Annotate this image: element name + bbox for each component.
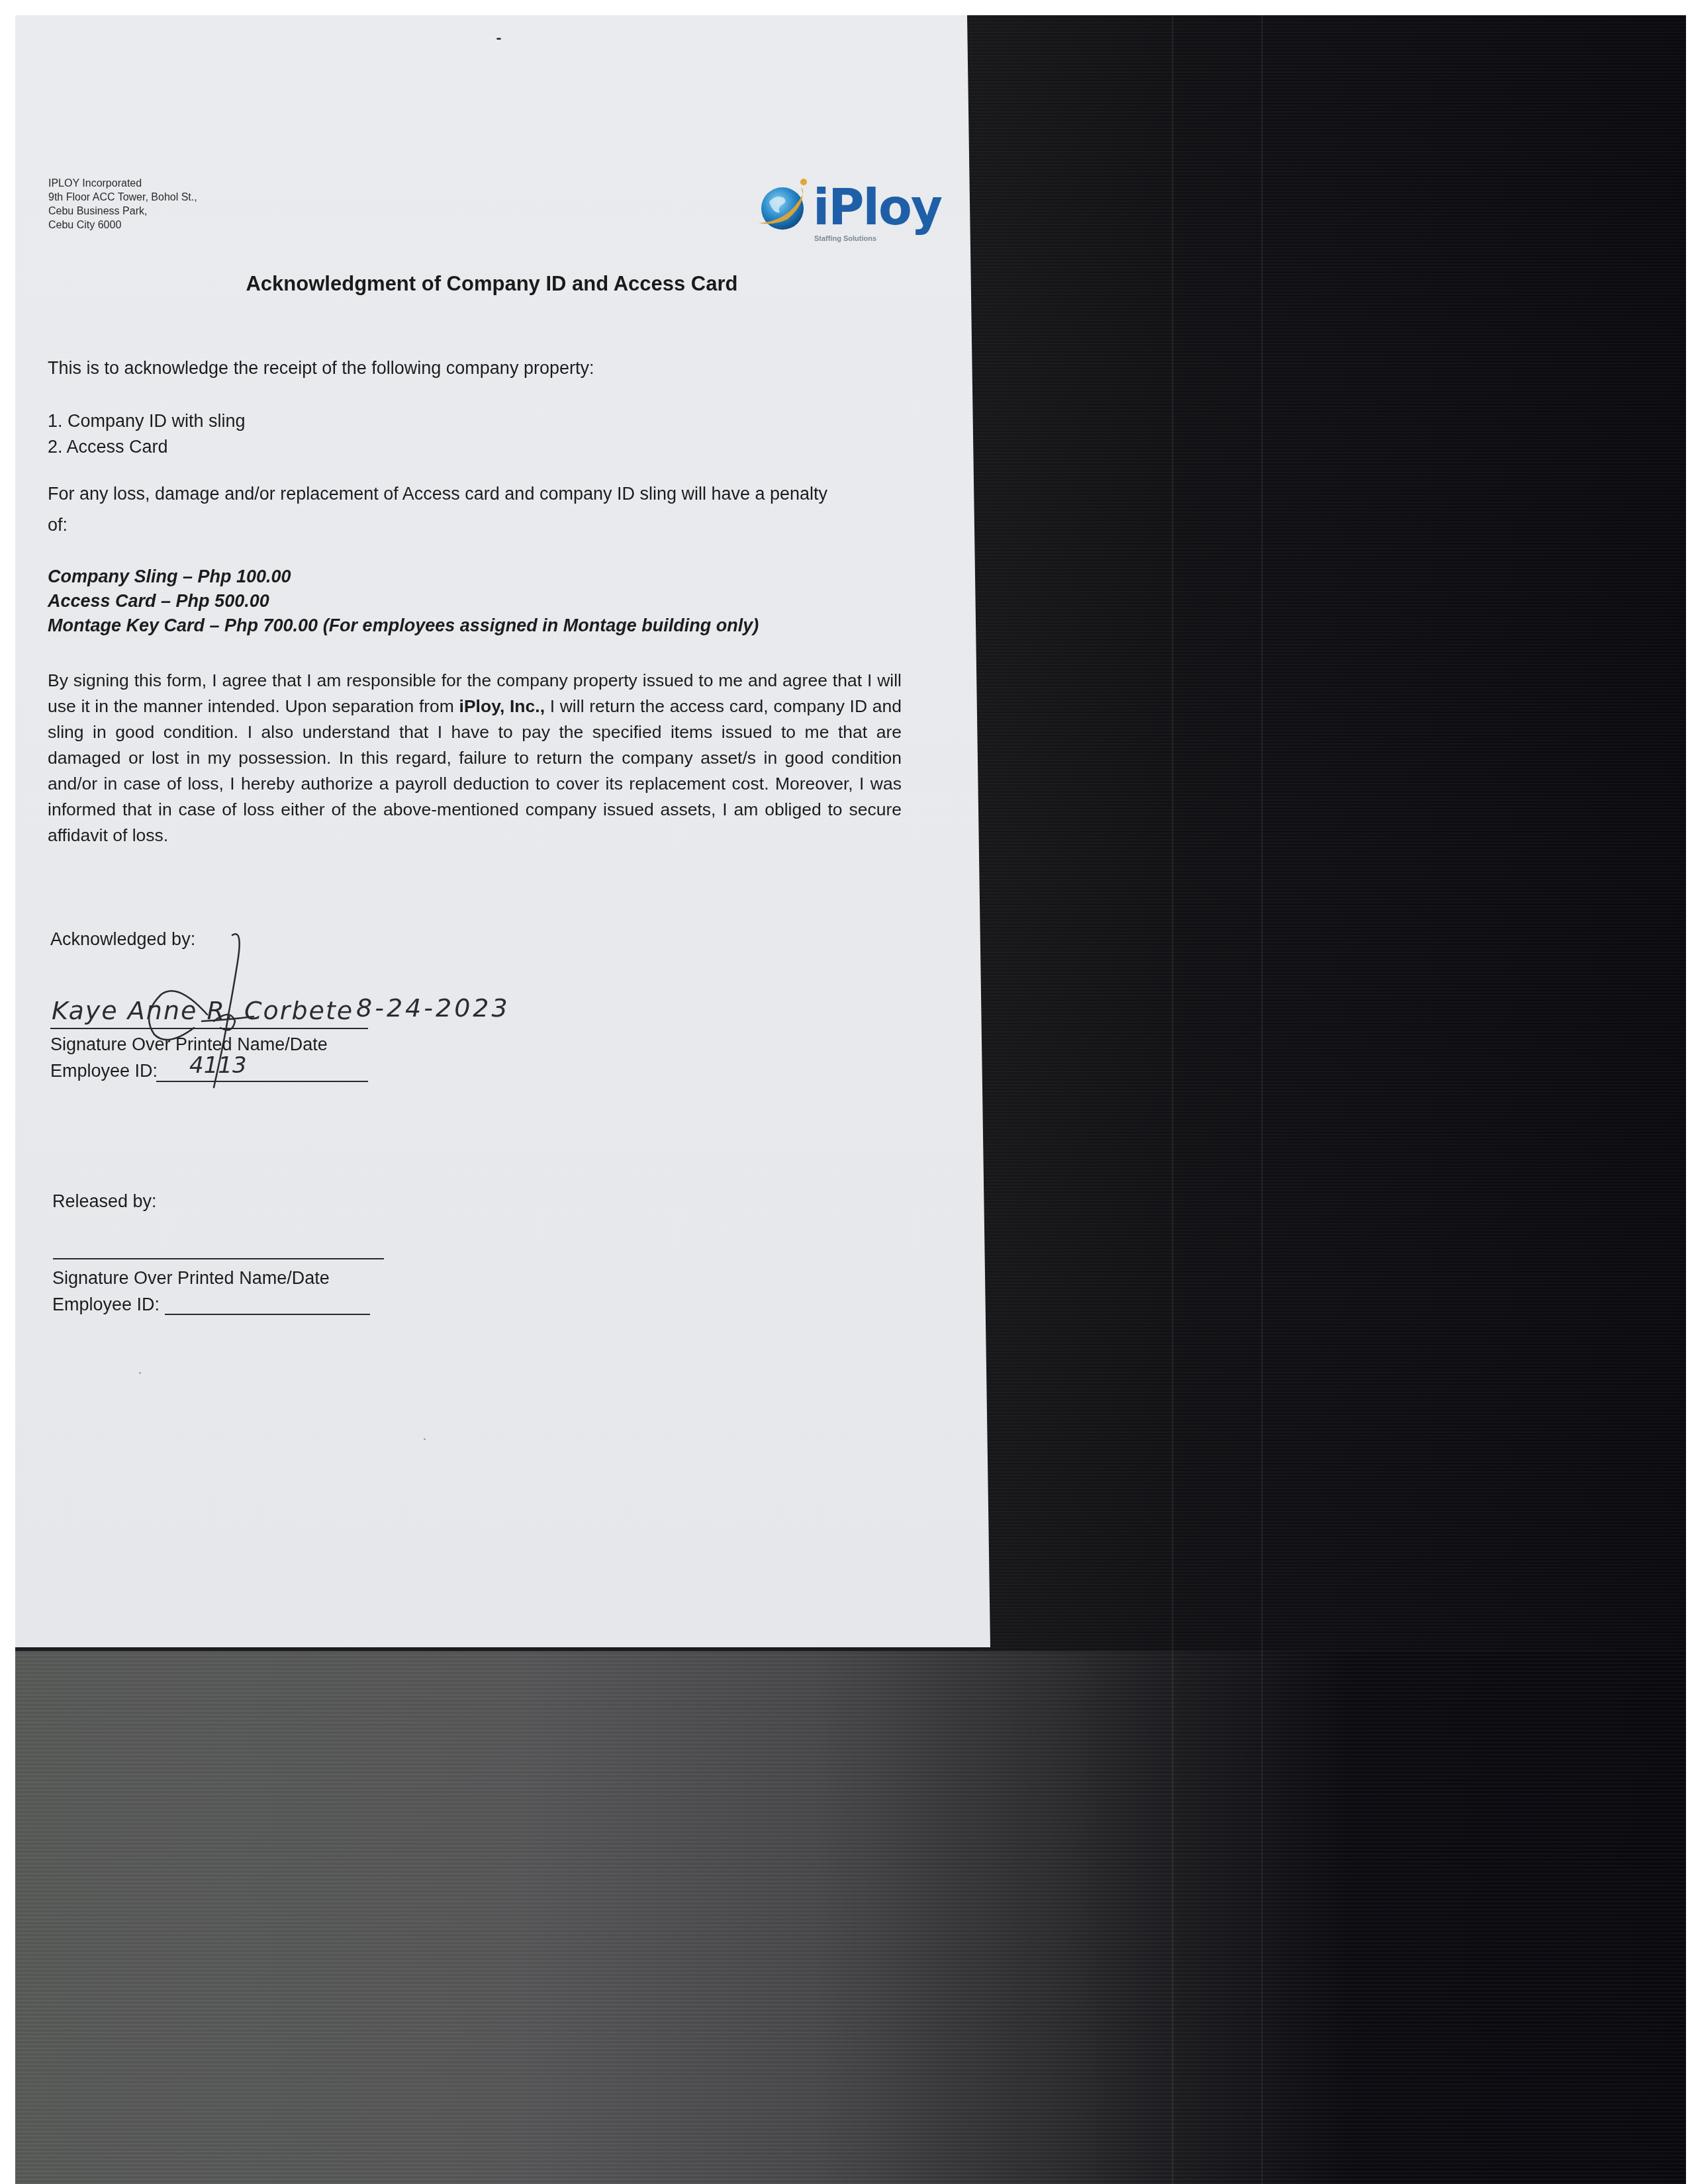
- address-line: IPLOY Incorporated: [48, 177, 197, 191]
- company-address: IPLOY Incorporated 9th Floor ACC Tower, …: [48, 177, 197, 232]
- employee-id-value: 4113: [189, 1052, 247, 1079]
- address-line: Cebu Business Park,: [48, 205, 197, 218]
- dust-speck: [496, 38, 501, 40]
- globe-swoosh-icon: [755, 175, 821, 242]
- address-line: Cebu City 6000: [48, 218, 197, 232]
- penalty-item: Montage Key Card – Php 700.00 (For emplo…: [48, 615, 759, 636]
- released-by-label: Released by:: [52, 1191, 157, 1212]
- logo-tagline: Staffing Solutions: [814, 235, 876, 243]
- intro-text: This is to acknowledge the receipt of th…: [48, 358, 594, 379]
- scanner-artifact: [1172, 15, 1174, 2184]
- agreement-text: I will return the access card, company I…: [48, 696, 902, 845]
- property-item: 1. Company ID with sling: [48, 411, 246, 432]
- dust-speck: [139, 1372, 141, 1374]
- property-item: 2. Access Card: [48, 437, 168, 457]
- signature-label: Signature Over Printed Name/Date: [52, 1268, 330, 1289]
- penalty-intro: For any loss, damage and/or replacement …: [48, 484, 827, 504]
- penalty-intro-cont: of:: [48, 515, 68, 535]
- employee-id-label: Employee ID:: [52, 1295, 160, 1315]
- penalty-item: Access Card – Php 500.00: [48, 591, 269, 612]
- signature-line: [53, 1258, 384, 1259]
- company-name-bold: iPloy, Inc.,: [459, 696, 545, 716]
- penalty-item: Company Sling – Php 100.00: [48, 567, 291, 587]
- document-page: IPLOY Incorporated 9th Floor ACC Tower, …: [15, 15, 990, 1647]
- logo-wordmark: iPloy: [813, 179, 941, 236]
- signature-line: [50, 1028, 368, 1029]
- dust-speck: [424, 1438, 426, 1440]
- employee-id-label: Employee ID:: [50, 1061, 158, 1081]
- handwritten-date: 8-24-2023: [356, 993, 510, 1023]
- scanner-artifact: [1261, 15, 1263, 2184]
- document-title: Acknowledgment of Company ID and Access …: [15, 272, 968, 296]
- employee-id-line: [156, 1081, 368, 1082]
- address-line: 9th Floor ACC Tower, Bohol St.,: [48, 191, 197, 205]
- employee-id-line: [165, 1314, 370, 1315]
- company-logo: iPloy Staffing Solutions: [755, 169, 947, 248]
- scanner-background-lower: [15, 1651, 1686, 2184]
- agreement-paragraph: By signing this form, I agree that I am …: [48, 668, 902, 848]
- handwritten-name: Kaye Anne R. Corbete: [52, 996, 353, 1025]
